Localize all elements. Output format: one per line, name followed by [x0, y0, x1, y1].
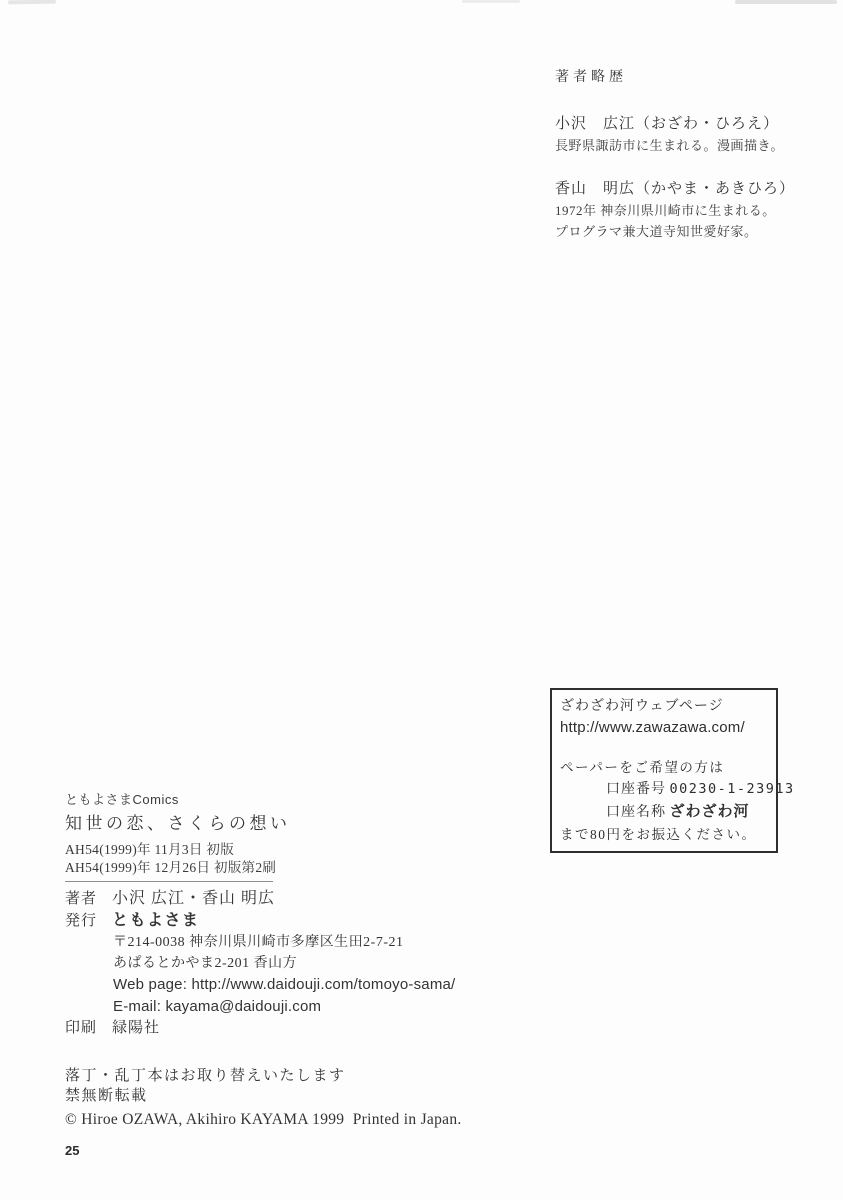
page-number: 25: [65, 1143, 79, 1158]
author-name-kayama: 香山 明広（かやま・あきひろ）: [555, 179, 815, 199]
divider-rule: [65, 881, 273, 882]
author-label: 著者: [65, 888, 112, 910]
publisher-webpage-line: Web page: http://www.daidouji.com/tomoyo…: [65, 974, 535, 996]
replacement-notice: 落丁・乱丁本はお取り替えいたします: [65, 1066, 535, 1086]
webpage-label: Web page:: [113, 976, 191, 993]
account-name-value: ざわざわ河: [670, 803, 750, 820]
copyright-line: © Hiroe OZAWA, Akihiro KAYAMA 1999 Print…: [65, 1110, 535, 1130]
account-number-value: 00230-1-23913: [670, 781, 795, 797]
publisher-credit-row: 発行 ともよさま: [65, 910, 535, 932]
first-edition-date: AH54(1999)年 11月3日 初版: [65, 841, 535, 859]
paper-request-note: ペーパーをご希望の方は: [560, 757, 776, 778]
account-name-row: 口座名称 ざわざわ河: [560, 801, 776, 824]
account-name-label: 口座名称: [606, 805, 666, 820]
account-number-row: 口座番号 00230-1-23913: [560, 778, 776, 801]
website-url: http://www.zawazawa.com/: [560, 717, 776, 739]
book-title: 知世の恋、さくらの想い: [65, 813, 535, 835]
email-address: kayama@daidouji.com: [165, 998, 321, 1015]
author-credit-row: 著者 小沢 広江・香山 明広: [65, 888, 535, 910]
author-names: 小沢 広江・香山 明広: [112, 888, 275, 910]
publisher-email-line: E-mail: kayama@daidouji.com: [65, 996, 535, 1018]
colophon-notes: 落丁・乱丁本はお取り替えいたします 禁無断転載 © Hiroe OZAWA, A…: [65, 1066, 535, 1130]
author-name-ozawa: 小沢 広江（おざわ・ひろえ）: [555, 114, 815, 134]
email-label: E-mail:: [113, 998, 165, 1015]
series-name: ともよさまComics: [65, 791, 535, 808]
printer-credit-row: 印刷 緑陽社: [65, 1018, 535, 1038]
payment-instruction: まで80円をお振込ください。: [560, 824, 776, 845]
printer-name: 緑陽社: [112, 1018, 160, 1038]
webpage-url: http://www.daidouji.com/tomoyo-sama/: [191, 976, 455, 993]
author-bio-line: 1972年 神奈川県川崎市に生まれる。: [555, 202, 815, 220]
website-account-box: ざわざわ河ウェブページ http://www.zawazawa.com/ ペーパ…: [550, 688, 778, 853]
colophon-section: ともよさまComics 知世の恋、さくらの想い AH54(1999)年 11月3…: [65, 791, 535, 1130]
publisher-name: ともよさま: [112, 910, 200, 932]
publisher-label: 発行: [65, 910, 112, 932]
printer-label: 印刷: [65, 1018, 112, 1038]
second-printing-date: AH54(1999)年 12月26日 初版第2刷: [65, 859, 535, 877]
author-bio-line: 長野県諏訪市に生まれる。漫画描き。: [555, 137, 815, 155]
account-number-label: 口座番号: [606, 782, 666, 797]
no-reproduction-notice: 禁無断転載: [65, 1086, 535, 1106]
scan-artifact-top-right: [735, 0, 837, 4]
scan-artifact-top-middle: [462, 0, 520, 3]
publisher-address-line2: あぱるとかやま2-201 香山方: [65, 953, 535, 974]
scan-artifact-top-left: [8, 0, 56, 4]
author-bio-line: プログラマ兼大道寺知世愛好家。: [555, 223, 815, 241]
author-bio-heading: 著者略歴: [555, 68, 815, 88]
website-title: ざわざわ河ウェブページ: [560, 696, 776, 717]
author-bio-section: 著者略歴 小沢 広江（おざわ・ひろえ） 長野県諏訪市に生まれる。漫画描き。 香山…: [555, 68, 815, 241]
publisher-address-line1: 〒214-0038 神奈川県川崎市多摩区生田2-7-21: [65, 932, 535, 953]
